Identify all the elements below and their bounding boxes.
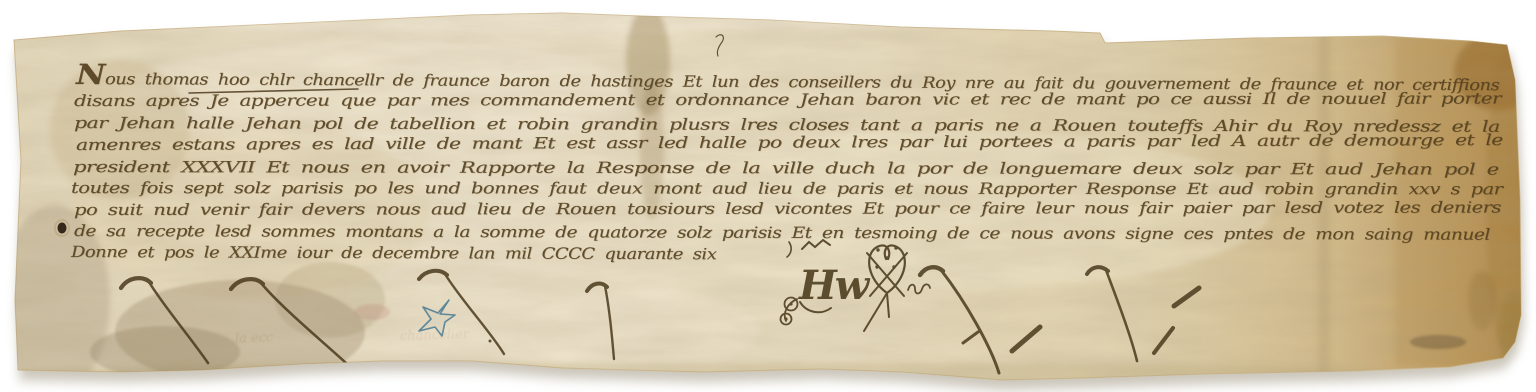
manuscript-artwork: Hw [0,0,1536,392]
parchment-grain [0,0,1536,392]
photograph-of-document: Hw Nous thomas hoo chlr chancellr de fra… [0,0,1536,392]
monogram-letters: Hw [798,262,871,309]
